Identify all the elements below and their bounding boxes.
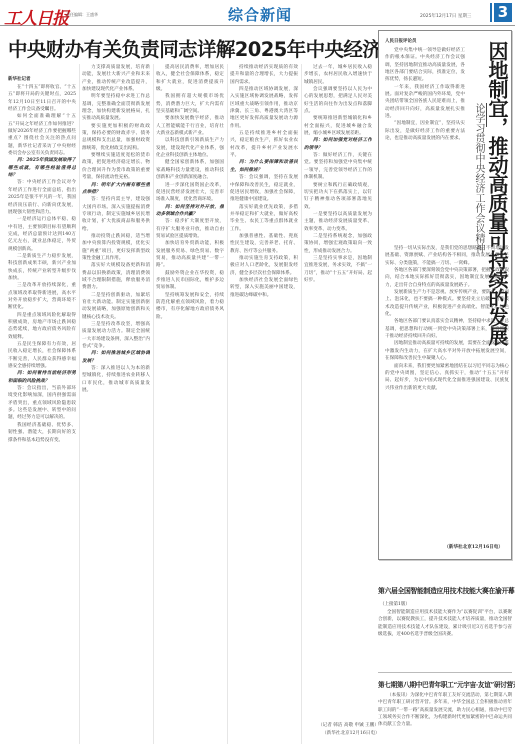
main-headline: 中央财办有关负责同志详解2025年中央经济工作会议精神 — [8, 34, 388, 62]
body-paragraph: 要树立和践行正确政绩观，切实把功夫下在抓落实上，以钉钉子精神推动各项部署落地见效… — [304, 182, 372, 211]
body-paragraph: 加快经济社会发展全面绿色转型，深入实施美丽中国建设，推进碳达峰碳中和。 — [230, 277, 298, 299]
column-rule — [301, 64, 302, 744]
column-rule — [79, 64, 80, 744]
body-paragraph: 明年要坚持稳中求进工作总基调，完整准确全面贯彻新发展理念，加快构建新发展格局，扎… — [82, 93, 150, 122]
article-column-1: 在“十四五”即将收官、“十五五”即将开局的关键时点，2025年12月10日至11… — [8, 84, 76, 744]
issue-date: 2025年12月17日 星期三 — [420, 13, 471, 19]
body-paragraph: 三是改革开放持续深化，重点领域改革取得新进展，高水平对外开放稳步扩大，营商环境不… — [8, 282, 76, 311]
body-paragraph: 在“十四五”即将收官、“十五五”即将开局的关键时点，2025年12月10日至11… — [8, 84, 76, 113]
article-divider — [378, 672, 512, 673]
body-paragraph: 二是坚持系统观念，加强政策协同，增强宏观政策取向一致性，形成推动发展合力。 — [304, 233, 372, 255]
article-column-4: 持续推动经济实现质的有效提升和量的合理增长，大力提振国内需求。四是推动区域协调发… — [230, 64, 298, 719]
body-paragraph: 答：会议指出，当前外部环境变化影响加深，国内供强需弱矛盾突出，重点领域风险隐患较… — [8, 385, 76, 422]
body-paragraph: 过去一年，城乡居民收入稳步增长，农村居民收入增速快于城镇居民。 — [304, 64, 372, 86]
body-paragraph: 加快培育外贸新动能，积极发展服务贸易、绿色贸易、数字贸易，推动高质量共建“一带一… — [156, 240, 224, 269]
article-column-3: 提高居民消费率，增加居民收入，健全社会保障体系，稳定和扩大就业，促进消费提质升级… — [156, 64, 224, 744]
editor-credit: 责任编辑：王盛华 — [66, 12, 98, 18]
body-paragraph: 落实好就业优先政策，多措并举稳定和扩大就业，做好高校毕业生、农民工等重点群体就业… — [230, 204, 298, 233]
commentary-subtitle: 论学习贯彻中央经济工作会议精神 — [471, 103, 487, 253]
reporter-signature: （记者 韩洁 高敬 申铖 王鹏） — [318, 722, 379, 728]
question-paragraph: 问：如何看待当前经济形势和面临的风险挑战？ — [8, 370, 76, 385]
body-paragraph: 二是新质生产力稳步发展，科技创新成果丰硕，新兴产业加快成长，传统产业转型升级步伐… — [8, 253, 76, 282]
body-paragraph: 要继续实施适度宽松的货币政策，把促进经济稳定增长、物价合理回升作为货币政策的重要… — [82, 152, 150, 181]
body-paragraph: 推动实施生育支持政策，积极应对人口老龄化，发展银发经济，健全多层次社会保障体系。 — [230, 255, 298, 277]
commentary-column-a: 党中央集中统一领导是做好经济工作的根本保证。中央经济工作会议强调，坚持因地制宜推… — [385, 47, 465, 243]
commentary-box: 人民日报评论员 因地制宜，推动高质量可持续的发展 论学习贯彻中央经济工作会议精神… — [378, 30, 512, 560]
body-paragraph: 会议强调要坚持以人民为中心的发展思想，把满足人民对美好生活的向往作为出发点和落脚… — [304, 86, 372, 115]
body-paragraph: 五是民生保障有力有效，居民收入稳定增长，社会保障体系不断完善，人民群众获得感幸福… — [8, 341, 76, 370]
question-paragraph: 问：为什么要保障和改善民生，如何推进？ — [230, 159, 298, 174]
commentary-paragraph: 各地区各部门要认真落实会议精神，坚持稳中求进工作总基调，把思想和行动统一到党中央… — [385, 318, 509, 340]
body-paragraph: 答：中央经济工作会议对今年经济工作进行全面总结，指出2025年是很不平凡的一年，… — [8, 179, 76, 216]
body-paragraph: 进一步深化国资国企改革，促进民营经济发展壮大，完善市场准入制度，优化营商环境。 — [156, 182, 224, 204]
side-article-2-text: （本报讯）为深化中巴青年职工友好交流活动，第七期第八期中巴青年职工研讨营开营。多… — [378, 692, 512, 729]
side-article-2-title: 第七期第八期中巴青年职工“元宇宙·友谊”研讨营开营 — [378, 679, 512, 689]
commentary-paragraph: 党中央集中统一领导是做好经济工作的根本保证。中央经济工作会议强调，坚持因地制宜推… — [385, 47, 465, 84]
body-paragraph: 以科技创新引领新质生产力发展，建设现代化产业体系，强化企业科技创新主体地位。 — [156, 137, 224, 159]
main-byline: 新华社记者 — [8, 76, 31, 82]
side-article-1-title: 第六届全国智能制造应用技术技能大赛在渝开幕 — [378, 585, 512, 595]
body-paragraph: 答：会议强调，坚持在发展中保障和改善民生，稳定就业，促进居民增收，加强社会保障，… — [230, 174, 298, 203]
body-paragraph: 三是坚持实事求是，因地制宜推进发展，务求实效，不搞“一刀切”，推动“十五五”开好… — [304, 255, 372, 284]
body-paragraph: 我国经济基础稳、优势多、韧性强、潜能大，长期向好的支撑条件和基本趋势没有变。 — [8, 422, 76, 444]
column-rule — [227, 64, 228, 744]
article-column-2: 力支撑高质量发展，培育新动能，发展壮大新兴产业和未来产业，推动传统产业改造提升，… — [82, 64, 150, 744]
body-paragraph: 答：坚持内需主导，建设强大国内市场。深入实施提振消费专项行动，制定实施城乡居民增… — [82, 196, 150, 233]
commentary-paragraph: 坚持一切从实际出发，是我们党的思想路线。不同地区发展基础、资源禀赋、产业结构各不… — [385, 245, 509, 267]
commentary-column-b: 坚持一切从实际出发，是我们党的思想路线。不同地区发展基础、资源禀赋、产业结构各不… — [385, 245, 509, 541]
side-article-1-byline: （上接第1版） — [380, 601, 410, 607]
body-paragraph: 持续推动经济实现质的有效提升和量的合理增长，大力提振国内需求。 — [230, 64, 298, 86]
side-article-2-body: （本报讯）为深化中巴青年职工友好交流活动，第七期第八期中巴青年职工研讨营开营。多… — [378, 692, 512, 746]
article-source: （新华社北京12月16日电） — [322, 730, 380, 736]
body-paragraph: 推动投资止跌回稳，适当增加中央预算内投资规模，优化实施“两重”项目，更好发挥新型… — [82, 233, 150, 262]
body-paragraph: 要加快发展数字经济，推动人工智能赋能千行百业，培育壮大新业态新模式新产业。 — [156, 115, 224, 137]
body-paragraph: 鼓励外资企业在华投资，稳步推进人民币国际化，维护多边贸易体制。 — [156, 270, 224, 292]
body-paragraph: 坚持统筹发展和安全，持续防范化解重点领域风险，着力稳楼市，有序化解地方政府债务风… — [156, 292, 224, 321]
body-paragraph: 答：深入推进以人为本的新型城镇化，持续推进农业转移人口市民化，推动城市高质量发展… — [82, 365, 150, 394]
commentary-paragraph: 一年来，我国经济工作取得新进展。面对复杂严峻的国内外环境，党中央团结带领全国各族… — [385, 84, 465, 121]
body-paragraph: 四是推动区域协调发展，深入实施区域协调发展战略，发挥区域重大战略引领作用，推动京… — [230, 86, 298, 130]
body-paragraph: 加强普惠性、基础性、兜底性民生建设，完善养老、托育、教育、医疗等公共服务。 — [230, 233, 298, 255]
body-paragraph: 提高居民消费率，增加居民收入，健全社会保障体系，稳定和扩大就业，促进消费提质升级… — [156, 64, 224, 93]
body-paragraph: 二是坚持创新驱动，加紧培育壮大新动能。制定实施创新驱动发展战略，加强原始创新和关… — [82, 292, 150, 321]
body-paragraph: 四是重点领域风险化解取得积极成效，房地产市场止跌回稳态势延续，地方政府债务风险有… — [8, 312, 76, 341]
body-paragraph: 一是经济运行总体平稳、稳中有进，主要预期目标有望顺利完成，经济总量预计达到140… — [8, 216, 76, 253]
body-paragraph: 健全国家创新体系，加强国家战略科技力量建设，推动科技创新和产业创新深度融合。 — [156, 159, 224, 181]
body-paragraph: 答：稳步扩大制度型开放，有序扩大服务业开放，推动自由贸易试验区提质增效。 — [156, 218, 224, 240]
article-column-5: 过去一年，城乡居民收入稳步增长，农村居民收入增速快于城镇居民。会议强调要坚持以人… — [304, 64, 372, 719]
commentary-kicker: 人民日报评论员 — [385, 38, 417, 44]
question-paragraph: 问：明年扩大内需有哪些重点举措？ — [82, 182, 150, 197]
section-title: 综合新闻 — [228, 4, 292, 25]
commentary-paragraph: 发展新质生产力不是忽视、放弃传统产业，要防止一哄而上、泡沫化，也不要搞一种模式。… — [385, 289, 509, 318]
page-number: 3 — [494, 3, 512, 22]
commentary-paragraph: 各地区各部门要深刻领会党中央决策部署，把握好政策取向，结合本地实际抓好贯彻落实，… — [385, 267, 509, 289]
masthead: 工人日报 责任编辑：王盛华 综合新闻 2025年12月17日 星期三 3 — [0, 0, 515, 26]
body-paragraph: 我国拥有超大规模市场优势，消费潜力巨大，扩大内需有坚实基础和广阔空间。 — [156, 93, 224, 115]
question-paragraph: 问：如何推进城乡区域协调发展？ — [82, 350, 150, 365]
question-paragraph: 问：如何加强党对经济工作的领导？ — [304, 137, 372, 152]
newspaper-logo: 工人日报 — [4, 4, 68, 29]
commentary-paragraph: 面向未来，我们要更加紧密地团结在以习近平同志为核心的党中央周围，坚定信心、真抓实… — [385, 363, 509, 392]
body-paragraph: 一是要坚持以高质量发展为主题，推动经济发展质量变革、效率变革、动力变革。 — [304, 211, 372, 233]
question-paragraph: 问：2025年我国发展取得了哪些成就，有哪些经验值得总结？ — [8, 157, 76, 179]
body-paragraph: 五是持续推进乡村全面振兴，稳定粮食生产，抓好农业农村改革，提升乡村产业发展水平。 — [230, 130, 298, 159]
body-paragraph: 力支撑高质量发展，培育新动能，发展壮大新兴产业和未来产业，推动传统产业改造提升，… — [82, 64, 150, 93]
body-paragraph: 要统筹推进新型城镇化和乡村全面振兴，促进城乡融合发展，缩小城乡区域发展差距。 — [304, 115, 372, 137]
column-rule — [153, 64, 154, 744]
body-paragraph: 落实好大规模设备更新和消费品以旧换新政策，清理消费领域不合理限制措施，释放服务消… — [82, 262, 150, 291]
commentary-source: （新华社北京12月16日电） — [444, 544, 503, 550]
side-article-1-text: 全国智能制造应用技术技能大赛作为“以赛促训”平台，以赛聚合创新，以赛促教扶工，提… — [378, 609, 512, 638]
body-paragraph: 三是坚持改革攻坚，增强高质量发展动力活力。制定全国统一大市场建设条例，深入整治“… — [82, 321, 150, 350]
question-paragraph: 问：如何坚持对外开放，推动多领域合作共赢？ — [156, 204, 224, 219]
body-paragraph: 要实施更加积极的财政政策，保持必要的财政赤字、债务总规模和支出总量，加强财政资源… — [82, 123, 150, 152]
side-article-1-body: 全国智能制造应用技术技能大赛作为“以赛促训”平台，以赛聚合创新，以赛促教扶工，提… — [378, 609, 512, 669]
commentary-paragraph: “因地制宜，因业制宜”，坚持从实际出发，是做好经济工作的重要方法论，也是推动高质… — [385, 120, 465, 142]
body-paragraph: 如何全面准确理解“十五五”开局之年经济工作如何推进？做好2026年经济工作要把握… — [8, 113, 76, 157]
body-paragraph: 答：做好经济工作，关键在党。要坚持和加强党中央集中统一领导，完善党领导经济工作的… — [304, 152, 372, 181]
commentary-paragraph: 因地制宜推动高质量可持续的发展，需要在全面深化改革中激发内生动力，在扩大高水平对… — [385, 340, 509, 362]
